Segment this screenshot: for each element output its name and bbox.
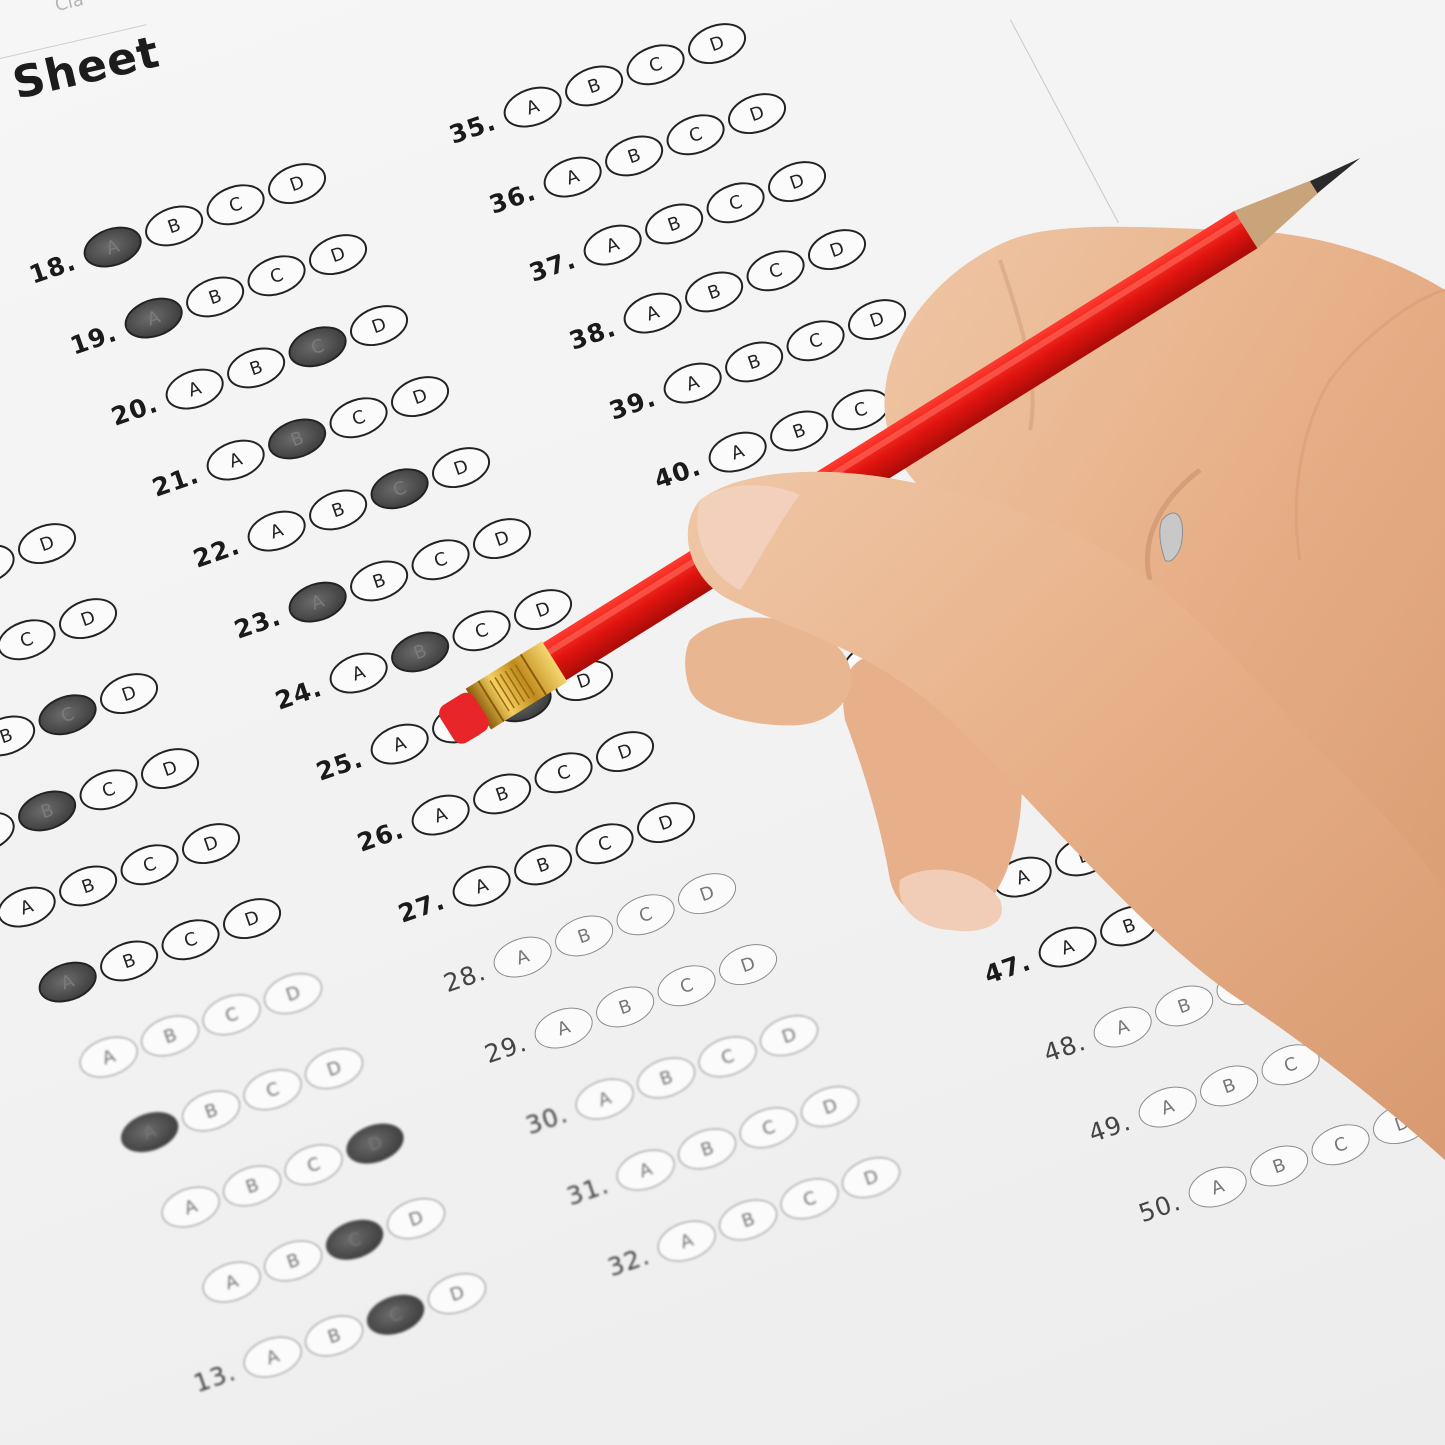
answer-bubble-c[interactable]: C (1211, 957, 1280, 1012)
sheet-header-fragment: Cla (53, 0, 86, 16)
answer-bubble-b[interactable]: B (468, 766, 537, 821)
answer-bubble-b[interactable]: B (632, 1050, 701, 1105)
answer-bubble-a[interactable]: A (119, 290, 188, 345)
answer-bubble-a[interactable]: A (283, 574, 352, 629)
answer-bubble-d[interactable]: D (303, 227, 372, 282)
answer-bubble-d[interactable]: D (1217, 856, 1286, 911)
answer-bubble-d[interactable]: D (135, 741, 204, 796)
answer-bubble-b[interactable]: B (345, 553, 414, 608)
answer-bubble-b[interactable]: B (263, 411, 332, 466)
answer-bubble-a[interactable]: A (78, 219, 147, 274)
answer-bubble-a[interactable]: A (658, 355, 727, 410)
answer-bubble-d[interactable]: D (217, 891, 286, 946)
question-number: 47. (970, 946, 1034, 992)
question-number: 13. (175, 1356, 239, 1402)
answer-bubble-d[interactable]: D (1172, 786, 1241, 841)
answer-bubble-b[interactable]: B (591, 979, 660, 1034)
question-number: 30. (507, 1098, 571, 1144)
answer-bubble-c[interactable]: C (661, 107, 730, 162)
answer-bubble-d[interactable]: D (713, 937, 782, 992)
answer-bubble-b[interactable]: B (1095, 898, 1164, 953)
answer-bubble-b[interactable]: B (1245, 1138, 1314, 1193)
question-number: 21. (138, 459, 202, 505)
answer-bubble-b[interactable]: B (900, 613, 969, 668)
answer-bubble-b[interactable]: B (673, 1121, 742, 1176)
answer-bubble-c[interactable]: C (361, 1287, 430, 1342)
question-number: 28. (425, 956, 489, 1002)
answer-bubble-d[interactable]: D (887, 361, 956, 416)
question-number: 46. (925, 876, 989, 922)
question-number: 50. (1120, 1186, 1184, 1232)
answer-bubble-d[interactable]: D (381, 1191, 450, 1246)
answer-bubble-c[interactable]: C (1306, 1117, 1375, 1172)
question-number: 35. (435, 106, 499, 152)
answer-bubble-a[interactable]: A (1033, 919, 1102, 974)
question-number: 37. (515, 244, 579, 290)
answer-bubble-a[interactable]: A (242, 503, 311, 558)
answer-bubble-c[interactable]: C (365, 461, 434, 516)
answer-bubble-c[interactable]: C (570, 816, 639, 871)
answer-bubble-a[interactable]: A (115, 1104, 184, 1159)
answer-bubble-a[interactable]: A (988, 849, 1057, 904)
answer-bubble-a[interactable]: A (1183, 1159, 1252, 1214)
answer-bubble-d[interactable]: D (762, 154, 831, 209)
answer-bubble-b[interactable]: B (714, 1192, 783, 1247)
question-number: 18. (15, 246, 79, 292)
answer-bubble-c[interactable]: C (242, 248, 311, 303)
question-number (0, 995, 30, 1014)
answer-bubble-d[interactable]: D (385, 369, 454, 424)
answer-bubble-c[interactable]: C (1156, 877, 1225, 932)
answer-bubble-a[interactable]: A (538, 149, 607, 204)
answer-bubble-a[interactable]: A (324, 645, 393, 700)
answer-bubble-d[interactable]: D (1367, 1096, 1436, 1151)
answer-bubble-c[interactable]: C (826, 382, 895, 437)
answer-bubble-c[interactable]: C (320, 1212, 389, 1267)
answer-bubble-d[interactable]: D (802, 222, 871, 277)
answer-bubble-a[interactable]: A (74, 1029, 143, 1084)
answer-bubble-c[interactable]: C (283, 319, 352, 374)
answer-bubble-c[interactable]: C (279, 1137, 348, 1192)
answer-bubble-b[interactable]: B (1050, 828, 1119, 883)
question-number: 23. (220, 601, 284, 647)
answer-bubble-b[interactable]: B (181, 269, 250, 324)
answer-bubble-a[interactable]: A (365, 716, 434, 771)
answer-bubble-c[interactable]: C (33, 687, 102, 742)
question-number: 49. (1070, 1106, 1134, 1152)
answer-bubble-d[interactable]: D (682, 16, 751, 71)
answer-bubble-d[interactable]: D (754, 1008, 823, 1063)
answer-bubble-a[interactable]: A (156, 1179, 225, 1234)
answer-bubble-b[interactable]: B (765, 403, 834, 458)
question-number (57, 1145, 112, 1164)
question-number: 40. (640, 451, 704, 497)
answer-bubble-c[interactable]: C (701, 175, 770, 230)
answer-bubble-b[interactable]: B (427, 695, 496, 750)
answer-bubble-a[interactable]: A (447, 858, 516, 913)
answer-bubble-a[interactable]: A (0, 879, 61, 934)
answer-bubble-b[interactable]: B (300, 1308, 369, 1363)
answer-bubble-d[interactable]: D (258, 966, 327, 1021)
answer-bubble-b[interactable]: B (550, 908, 619, 963)
answer-bubble-c[interactable]: C (488, 674, 557, 729)
answer-bubble-d[interactable]: D (262, 156, 331, 211)
question-number: 19. (56, 317, 120, 363)
answer-bubble-b[interactable]: B (720, 334, 789, 389)
question-number: 29. (466, 1027, 530, 1073)
answer-bubble-d[interactable]: D (842, 292, 911, 347)
answer-bubble-a[interactable]: A (570, 1071, 639, 1126)
answer-bubble-d[interactable]: D (426, 440, 495, 495)
answer-bubble-c[interactable]: C (529, 745, 598, 800)
answer-bubble-c[interactable]: C (693, 1029, 762, 1084)
answer-bubble-a[interactable]: A (238, 1329, 307, 1384)
answer-bubble-a[interactable]: A (618, 285, 687, 340)
answer-bubble-c[interactable]: C (324, 390, 393, 445)
answer-bubble-b[interactable]: B (304, 482, 373, 537)
question-number: 39. (595, 382, 659, 428)
answer-bubble-d[interactable]: D (590, 724, 659, 779)
answer-bubble-b[interactable]: B (1150, 978, 1219, 1033)
answer-bubble-a[interactable]: A (498, 79, 567, 134)
answer-bubble-a[interactable]: A (703, 424, 772, 479)
question-number: 43. (775, 661, 839, 707)
question-number: 25. (302, 743, 366, 789)
question-number: 27. (384, 885, 448, 931)
answer-bubble-b[interactable]: B (218, 1158, 287, 1213)
question-number: 32. (589, 1240, 653, 1286)
answer-bubble-d[interactable]: D (340, 1116, 409, 1171)
answer-bubble-a[interactable]: A (611, 1142, 680, 1197)
answer-bubble-b[interactable]: B (680, 264, 749, 319)
question-number: 24. (261, 672, 325, 718)
photo-background: Cla Sheet 18.ABCD19.ABCD20.ABCD21.ABCD22… (0, 0, 1445, 1445)
answer-bubble-d[interactable]: D (508, 582, 577, 637)
answer-row: 43.ABCD (774, 569, 1097, 712)
answer-bubble-b[interactable]: B (13, 783, 82, 838)
answer-bubble-c[interactable]: C (652, 958, 721, 1013)
answer-bubble-d[interactable]: D (1317, 1016, 1386, 1071)
answer-bubble-b[interactable]: B (140, 198, 209, 253)
answer-bubble-b[interactable]: B (136, 1008, 205, 1063)
question-number (98, 1220, 153, 1239)
answer-bubble-d[interactable]: D (549, 653, 618, 708)
answer-bubble-a[interactable]: A (578, 217, 647, 272)
answer-bubble-d[interactable]: D (836, 1150, 905, 1205)
answer-bubble-b[interactable]: B (177, 1083, 246, 1138)
answer-bubble-c[interactable]: C (447, 603, 516, 658)
answer-bubble-c[interactable]: C (115, 837, 184, 892)
answer-bubble-c[interactable]: C (734, 1100, 803, 1155)
answer-bubble-a[interactable]: A (197, 1254, 266, 1309)
answer-bubble-d[interactable]: D (795, 1079, 864, 1134)
answer-bubble-b[interactable]: B (259, 1233, 328, 1288)
answer-bubble-c[interactable]: C (197, 987, 266, 1042)
answer-bubble-a[interactable]: A (406, 787, 475, 842)
answer-bubble-c[interactable]: C (74, 762, 143, 817)
answer-bubble-b[interactable]: B (0, 708, 41, 763)
answer-bubble-b[interactable]: B (54, 858, 123, 913)
answer-bubble-d[interactable]: D (176, 816, 245, 871)
answer-bubble-c[interactable]: C (238, 1062, 307, 1117)
answer-bubble-b[interactable]: B (640, 196, 709, 251)
answer-bubble-a[interactable]: A (652, 1213, 721, 1268)
answer-bubble-a[interactable]: A (33, 954, 102, 1009)
answer-bubble-b[interactable]: B (560, 58, 629, 113)
answer-bubble-a[interactable]: A (488, 929, 557, 984)
answer-bubble-b[interactable]: B (509, 837, 578, 892)
answer-bubble-d[interactable]: D (722, 86, 791, 141)
answer-bubble-c[interactable]: C (1111, 807, 1180, 862)
answer-bubble-d[interactable]: D (1272, 936, 1341, 991)
answer-bubble-b[interactable]: B (600, 128, 669, 183)
answer-bubble-d[interactable]: D (53, 591, 122, 646)
answer-bubble-a[interactable]: A (201, 432, 270, 487)
answer-bubble-c[interactable]: C (611, 887, 680, 942)
answer-bubble-d[interactable]: D (1022, 571, 1091, 626)
answer-bubble-c[interactable]: C (1256, 1037, 1325, 1092)
answer-bubble-c[interactable]: C (201, 177, 270, 232)
answer-bubble-c[interactable]: C (741, 243, 810, 298)
answer-bubble-a[interactable]: A (160, 361, 229, 416)
question-number: 26. (343, 814, 407, 860)
answer-bubble-c[interactable]: C (781, 313, 850, 368)
answer-bubble-c[interactable]: C (775, 1171, 844, 1226)
answer-bubble-d[interactable]: D (299, 1041, 368, 1096)
answer-bubble-c[interactable]: C (156, 912, 225, 967)
answer-bubble-a[interactable]: A (838, 634, 907, 689)
answer-bubble-c[interactable]: C (961, 592, 1030, 647)
answer-bubble-d[interactable]: D (631, 795, 700, 850)
answer-bubble-a[interactable]: A (1088, 999, 1157, 1054)
answer-bubble-a[interactable]: A (529, 1000, 598, 1055)
answer-bubble-c[interactable]: C (0, 612, 61, 667)
answer-bubble-b[interactable]: B (222, 340, 291, 395)
answer-bubble-d[interactable]: D (12, 516, 81, 571)
answer-bubble-d[interactable]: D (672, 866, 741, 921)
answer-bubble-d[interactable]: D (467, 511, 536, 566)
question-number: 48. (1025, 1026, 1089, 1072)
question-number (139, 1295, 194, 1314)
answer-bubble-a[interactable]: A (1133, 1079, 1202, 1134)
answer-bubble-d[interactable]: D (422, 1266, 491, 1321)
answer-bubble-d[interactable]: D (94, 666, 163, 721)
question-number: 36. (475, 176, 539, 222)
question-number: 20. (97, 388, 161, 434)
answer-bubble-b[interactable]: B (386, 624, 455, 679)
question-number: 31. (548, 1169, 612, 1215)
answer-bubble-b[interactable]: B (95, 933, 164, 988)
paper-edge (1010, 20, 1119, 224)
question-number (16, 1070, 71, 1089)
answer-bubble-b[interactable]: B (1195, 1058, 1264, 1113)
question-number: 22. (179, 530, 243, 576)
answer-bubble-c[interactable]: C (406, 532, 475, 587)
answer-bubble-c[interactable]: C (621, 37, 690, 92)
answer-bubble-d[interactable]: D (344, 298, 413, 353)
answer-sheet: Cla Sheet 18.ABCD19.ABCD20.ABCD21.ABCD22… (0, 0, 1445, 1445)
question-number: 38. (555, 312, 619, 358)
